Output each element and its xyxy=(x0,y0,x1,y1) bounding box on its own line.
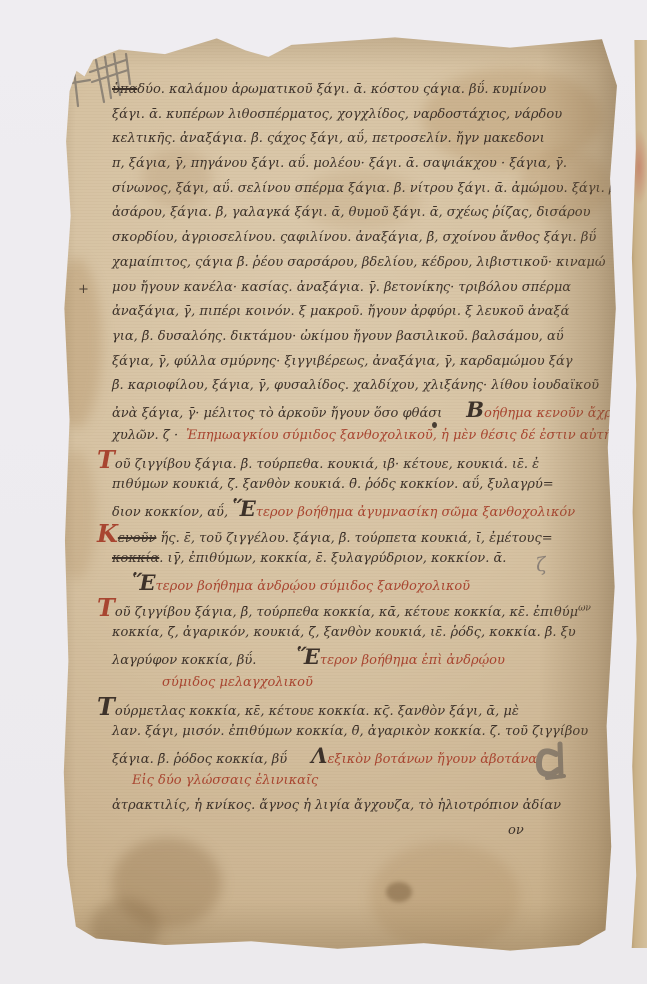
ink-segment: λαν. ξάγι, μισόν. ἐπιθύμων κοκκία, θ̄, ἀ… xyxy=(112,724,588,739)
text-line: μου ἤγουν κανέλα· κασίας. ἀναξάγια. γ̄. … xyxy=(112,276,552,301)
manuscript-leaf: + ζ ὑπαδύο. καλάμου ἀρωματικοῦ ξάγι. ᾱ. … xyxy=(50,30,625,958)
ink-segment: πιθύμων κουκιά, ζ̄. ξανθὸν κουκιά. θ̄. ῥ… xyxy=(112,477,554,492)
catchword: ον xyxy=(112,819,552,844)
ink-segment: . ιγ̄, ἐπιθύμων, κοκκία, ε̄. ξυλαγρύδριο… xyxy=(159,551,506,566)
ink-segment: ον xyxy=(508,823,524,838)
ink-segment: Ἕ xyxy=(232,496,256,521)
ink-segment: οῦ ζιγγίβου ξάγια, β̄, τούρπεθα κοκκία, … xyxy=(115,605,578,620)
rubric-segment: τερον βοήθημα ἐπὶ ἀνδρῴου xyxy=(320,653,505,668)
text-line: ξάγι. ᾱ. κυπέρων λιθοσπέρματος, χογχλίδο… xyxy=(112,103,552,128)
ink-segment: οῦ ζιγγίβου ξάγια. β̄. τούρπεθα. κουκιά,… xyxy=(115,457,539,472)
rubric-segment: Τ xyxy=(97,593,115,622)
text-line: για, β̄. δυσαλόης. δικτάμου· ὠκίμου ἤγου… xyxy=(112,325,552,350)
ink-segment: ὑπα xyxy=(112,82,137,97)
ink-segment: διον κοκκίον, αΰ, xyxy=(112,505,232,520)
ink-segment: λαγρύφον κοκκία, βΰ. xyxy=(112,653,256,668)
ink-segment: ἥς. ε̄, τοῦ ζιγγέλου. ξάγια, β̄. τούρπετ… xyxy=(156,531,552,546)
text-line: χυλῶν. ζ̄ ·Ἐπημωαγκίου σύμιδος ξανθοχολι… xyxy=(112,424,552,449)
ink-segment: κελτικῆς. ἀναξάγια. β̄. ςάχος ξάγι, αΰ, … xyxy=(112,131,545,146)
ink-segment: ων xyxy=(578,604,591,614)
ink-segment: Ἕ xyxy=(132,570,156,595)
text-line: χαμαίπιτος, ςάγια β̄. ῥέου σαρσάρου, βδε… xyxy=(112,251,552,276)
text-line: λαγρύφον κοκκία, βΰ.Ἕτερον βοήθημα ἐπὶ ἀ… xyxy=(112,646,552,671)
rubric-segment: Ἐπημωαγκίου σύμιδος ξανθοχολικοῦ, ἡ μὲν … xyxy=(186,428,611,443)
text-line: π, ξάγια, γ̄, πηγάνου ξάγι. αΰ. μολέου· … xyxy=(112,152,552,177)
text-line: ὑπαδύο. καλάμου ἀρωματικοῦ ξάγι. ᾱ. κόστ… xyxy=(112,78,552,103)
text-line: Τούρμετλας κοκκία, κε̄, κέτουε κοκκία. κ… xyxy=(112,695,552,720)
ink-segment: για, β̄. δυσαλόης. δικτάμου· ὠκίμου ἤγου… xyxy=(112,329,564,344)
text-line: σύμιδος μελαγχολικοῦ xyxy=(112,671,552,696)
ink-segment: ἀναξάγια, γ̄, πιπέρι κοινόν. ξ μακροῦ. ἤ… xyxy=(112,304,569,319)
ink-segment: δύο. καλάμου ἀρωματικοῦ ξάγι. ᾱ. κόστου … xyxy=(137,82,546,97)
text-line: Τοῦ ζιγγίβου ξάγια. β̄. τούρπεθα. κουκιά… xyxy=(112,448,552,473)
ink-segment: σίνωνος, ξάγι, αΰ. σελίνου σπέρμα ξάγια.… xyxy=(112,181,616,196)
text-line: ἀνὰ ξάγια, γ̄· μέλιτος τὸ ἀρκοῦν ἤγουν ὅ… xyxy=(112,399,552,424)
text-line: πιθύμων κουκιά, ζ̄. ξανθὸν κουκιά. θ̄. ῥ… xyxy=(112,473,552,498)
ink-segment: ξάγια. β̄. ῥόδος κοκκία, βΰ xyxy=(112,752,287,767)
text-line: διον κοκκίον, αΰ, Ἕτερον βοήθημα ἀγυμνασ… xyxy=(112,498,552,523)
rubric-segment: οήθημα κενοῦν ἄχρι xyxy=(484,406,617,421)
ink-segment: ξάγια, γ̄, φύλλα σμύρνης· ξιγγιβέρεως, ἀ… xyxy=(112,354,573,369)
stain xyxy=(112,838,222,928)
text-line: κοκκία. ιγ̄, ἐπιθύμων, κοκκία, ε̄. ξυλαγ… xyxy=(112,547,552,572)
ink-segment: ενοῦν xyxy=(118,531,157,546)
text-line: ξάγια. β̄. ῥόδος κοκκία, βΰΛεξικὸν βοτάν… xyxy=(112,745,552,770)
text-line: Κενοῦν ἥς. ε̄, τοῦ ζιγγέλου. ξάγια, β̄. … xyxy=(112,522,552,547)
rubric-segment: εξικὸν βοτάνων ἤγουν ἀβοτάνα xyxy=(327,752,537,767)
rubric-segment: Τ xyxy=(97,445,115,474)
rubric-segment: σύμιδος μελαγχολικοῦ xyxy=(162,675,313,690)
text-line: ἀναξάγια, γ̄, πιπέρι κοινόν. ξ μακροῦ. ἤ… xyxy=(112,300,552,325)
text-line: Τοῦ ζιγγίβου ξάγια, β̄, τούρπεθα κοκκία,… xyxy=(112,596,552,621)
manuscript-page-scan: { "document": { "kind": "Greek manuscrip… xyxy=(0,0,647,984)
ink-segment: Τ xyxy=(97,692,115,721)
text-line: σίνωνος, ξάγι, αΰ. σελίνου σπέρμα ξάγια.… xyxy=(112,177,552,202)
rubric-segment: Εἰς δύο γλώσσαις ἑλινικαῖς xyxy=(132,773,318,788)
stain xyxy=(370,842,520,952)
text-line: Εἰς δύο γλώσσαις ἑλινικαῖς xyxy=(112,769,552,794)
text-line: β̄. καριοφίλου, ξάγια, γ̄, φυσαλίδος. χα… xyxy=(112,374,552,399)
ink-segment: ξάγι. ᾱ. κυπέρων λιθοσπέρματος, χογχλίδο… xyxy=(112,107,562,122)
stain xyxy=(56,450,96,580)
ink-segment: ἀσάρου, ξάγια. β̄, γαλαγκά ξάγι. ᾱ, θυμο… xyxy=(112,205,591,220)
text-line: κελτικῆς. ἀναξάγια. β̄. ςάχος ξάγι, αΰ, … xyxy=(112,127,552,152)
stain xyxy=(50,258,102,428)
ink-segment: Ἕ xyxy=(296,644,320,669)
ink-segment: κοκκία, ζ̄, ἀγαρικόν, κουκιά, ζ̄, ξανθὸν… xyxy=(112,625,576,640)
margin-cross-mark: + xyxy=(78,282,89,297)
ink-segment: ἀνὰ ξάγια, γ̄· μέλιτος τὸ ἀρκοῦν ἤγουν ὅ… xyxy=(112,406,442,421)
ink-segment: κοκκία xyxy=(112,551,159,566)
text-line: λαν. ξάγι, μισόν. ἐπιθύμων κοκκία, θ̄, ἀ… xyxy=(112,720,552,745)
text-line: ξάγια, γ̄, φύλλα σμύρνης· ξιγγιβέρεως, ἀ… xyxy=(112,350,552,375)
ink-segment: β̄. καριοφίλου, ξάγια, γ̄, φυσαλίδος. χα… xyxy=(112,378,599,393)
ink-segment: Β xyxy=(466,397,484,422)
ink-segment: μου ἤγουν κανέλα· κασίας. ἀναξάγια. γ̄. … xyxy=(112,280,571,295)
ink-segment: σκορδίου, ἀγριοσελίνου. ςαφιλίνου. ἀναξά… xyxy=(112,230,596,245)
rubric-segment: Κ xyxy=(97,519,118,548)
text-line: Ἕτερον βοήθημα ἀνδρῴου σύμιδος ξανθοχολι… xyxy=(112,572,552,597)
rubric-segment: τερον βοήθημα ἀνδρῴου σύμιδος ξανθοχολικ… xyxy=(156,579,471,594)
ink-segment: ἀτρακτιλίς, ἡ κνίκος. ἄγνος ἡ λιγία ἄγχο… xyxy=(112,798,561,813)
ink-segment: χαμαίπιτος, ςάγια β̄. ῥέου σαρσάρου, βδε… xyxy=(112,255,605,270)
stain xyxy=(386,882,412,902)
ink-segment: π, ξάγια, γ̄, πηγάνου ξάγι. αΰ. μολέου· … xyxy=(112,156,567,171)
text-line: ἀσάρου, ξάγια. β̄, γαλαγκά ξάγι. ᾱ, θυμο… xyxy=(112,201,552,226)
rubric-segment: τερον βοήθημα ἀγυμνασίκη σῶμα ξανθοχολικ… xyxy=(256,505,575,520)
ink-segment: Λ xyxy=(311,743,327,768)
ink-segment: ούρμετλας κοκκία, κε̄, κέτουε κοκκία. κϛ… xyxy=(115,704,519,719)
text-line: σκορδίου, ἀγριοσελίνου. ςαφιλίνου. ἀναξά… xyxy=(112,226,552,251)
ink-segment: χυλῶν. ζ̄ · xyxy=(112,428,178,443)
text-block: ὑπαδύο. καλάμου ἀρωματικοῦ ξάγι. ᾱ. κόστ… xyxy=(112,78,552,843)
adjacent-leaf-edge xyxy=(629,40,647,948)
text-line: ἀτρακτιλίς, ἡ κνίκος. ἄγνος ἡ λιγία ἄγχο… xyxy=(112,794,552,819)
stain xyxy=(90,898,160,958)
text-line: κοκκία, ζ̄, ἀγαρικόν, κουκιά, ζ̄, ξανθὸν… xyxy=(112,621,552,646)
